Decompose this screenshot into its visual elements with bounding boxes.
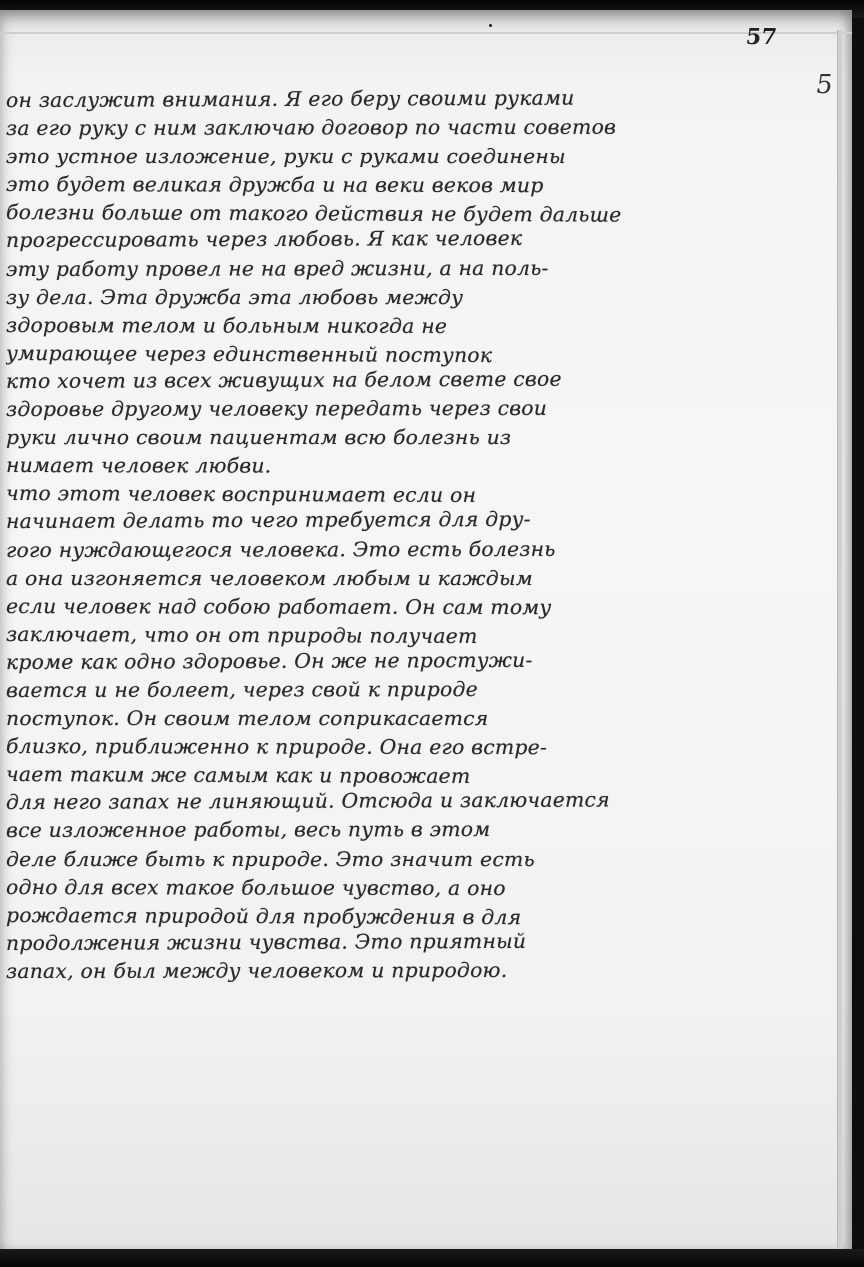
scan-bottom-edge [0,1249,864,1267]
manuscript-line: кроме как одно здоровье. Он же не просту… [6,644,863,676]
manuscript-line: для него запах не линяющий. Отсюда и зак… [6,785,863,817]
manuscript-line: а она изгоняется человеком любым и кажды… [6,564,863,592]
manuscript-line: нимает человек любви. [6,451,863,481]
manuscript-line: деле ближе быть к природе. Это значит ес… [6,845,863,873]
manuscript-line: если человек над собою работает. Он сам … [6,592,863,622]
manuscript-line: здоровье другому человеку передать через… [6,393,863,423]
manuscript-line: начинает делать то чего требуется для др… [6,504,863,536]
handwritten-text-body: он заслужит внимания. Я его беру своими … [6,86,846,985]
manuscript-line: за его руку с ним заключаю договор по ча… [6,112,863,142]
manuscript-line: все изложенное работы, весь путь в этом [6,815,863,845]
manuscript-line: он заслужит внимания. Я его беру своими … [6,82,863,114]
manuscript-line: гого нуждающегося человека. Это есть бол… [6,534,863,564]
manuscript-line: запах, он был между человеком и природою… [6,955,863,985]
page-number: 57 [745,24,778,50]
manuscript-line: это будет великая дружба и на веки веков… [6,170,863,200]
manuscript-line: здоровым телом и больным никогда не [6,311,863,341]
manuscript-line: прогрессировать через любовь. Я как чело… [6,223,863,255]
manuscript-line: руки лично своим пациентам всю болезнь и… [6,423,863,451]
page-fold-line [0,32,852,34]
manuscript-line: зу дела. Эта дружба эта любовь между [6,283,863,311]
manuscript-line: поступок. Он своим телом соприкасается [6,704,863,732]
manuscript-page: 57 5 он заслужит внимания. Я его беру св… [0,10,852,1250]
ink-dot [489,24,492,27]
manuscript-line: вается и не болеет, через свой к природе [6,674,863,704]
manuscript-line: это устное изложение, руки с руками соед… [6,142,863,170]
manuscript-line: кто хочет из всех живущих на белом свете… [6,363,863,395]
manuscript-line: продолжения жизни чувства. Это приятный [6,925,863,957]
manuscript-line: близко, приближенно к природе. Она его в… [6,732,863,762]
manuscript-line: одно для всех такое большое чувство, а о… [6,873,863,903]
manuscript-line: эту работу провел не на вред жизни, а на… [6,253,863,283]
